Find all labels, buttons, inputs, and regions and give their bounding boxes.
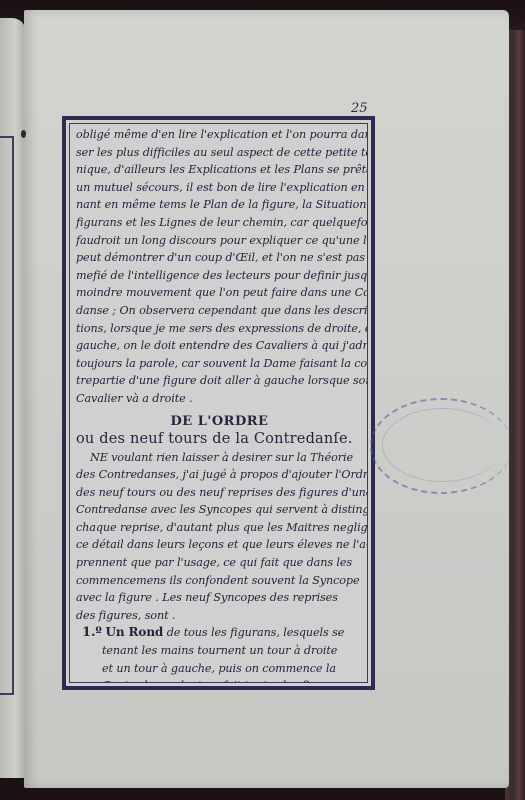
section-line: ce détail dans leurs leçons et que leurs… [76,536,363,554]
section-heading: DE L'ORDRE [76,413,363,430]
text-line: Cavalier và a droite . [76,390,363,408]
section-line: des figures, sont . [76,607,363,625]
text-line: obligé même d'en lire l'explication et l… [76,126,363,144]
text-line: gauche, on le doit entendre des Cavalier… [76,337,363,355]
text-frame: obligé même d'en lire l'explication et l… [62,116,375,690]
text-line: toujours la parole, car souvent la Dame … [76,355,363,373]
section-line: Contredanse avec les Syncopes qui serven… [76,501,363,519]
item-text-line: et un tour à gauche, puis on commence la [76,660,363,678]
text-line: tions, lorsque je me sers des expression… [76,320,363,338]
list-item-1: 1.º Un Rond de tous les figurans, lesque… [76,624,363,642]
section-line: prennent que par l'usage, ce qui fait qu… [76,554,363,572]
text-line: ser les plus difficiles au seul aspect d… [76,144,363,162]
text-line: nant en même tems le Plan de la figure, … [76,196,363,214]
text-line: danse ; On observera cependant que dans … [76,302,363,320]
text-line: trepartie d'une figure doit aller à gauc… [76,372,363,390]
section-line: NE voulant rien laisser à desirer sur la… [76,449,363,467]
item-text: de tous les figurans, lesquels se [167,626,345,639]
section-line: commencemens ils confondent souvent la S… [76,572,363,590]
section-line: des neuf tours ou des neuf reprises des … [76,484,363,502]
left-page-frame [0,136,14,695]
text-line: figurans et les Lignes de leur chemin, c… [76,214,363,232]
library-stamp-inner-ring [382,408,503,482]
text-line: nique, d'ailleurs les Explications et le… [76,161,363,179]
item-text-line: tenant les mains tournent un tour à droi… [76,642,363,660]
item-number: 1.º [82,624,102,642]
section-subheading: ou des neuf tours de la Contredanſe. [76,430,363,449]
page-number: 25 [351,101,368,116]
item-text-line: Contredanse dont on fait toutes les figu… [76,677,363,683]
section-line: chaque reprise, d'autant plus que les Ma… [76,519,363,537]
item-term: Un Rond [105,625,163,639]
ink-smudge [21,130,26,138]
section-line: avec la figure . Les neuf Syncopes des r… [76,589,363,607]
text-line: mefié de l'intelligence des lecteurs pou… [76,267,363,285]
text-line: un mutuel sécours, il est bon de lire l'… [76,179,363,197]
text-line: peut démontrer d'un coup d'Œil, et l'on … [76,249,363,267]
text-frame-inner: obligé même d'en lire l'explication et l… [69,123,368,683]
text-line: moindre mouvement que l'on peut faire da… [76,284,363,302]
section-line: des Contredanses, j'ai jugé à propos d'a… [76,466,363,484]
text-line: faudroit un long discours pour expliquer… [76,232,363,250]
